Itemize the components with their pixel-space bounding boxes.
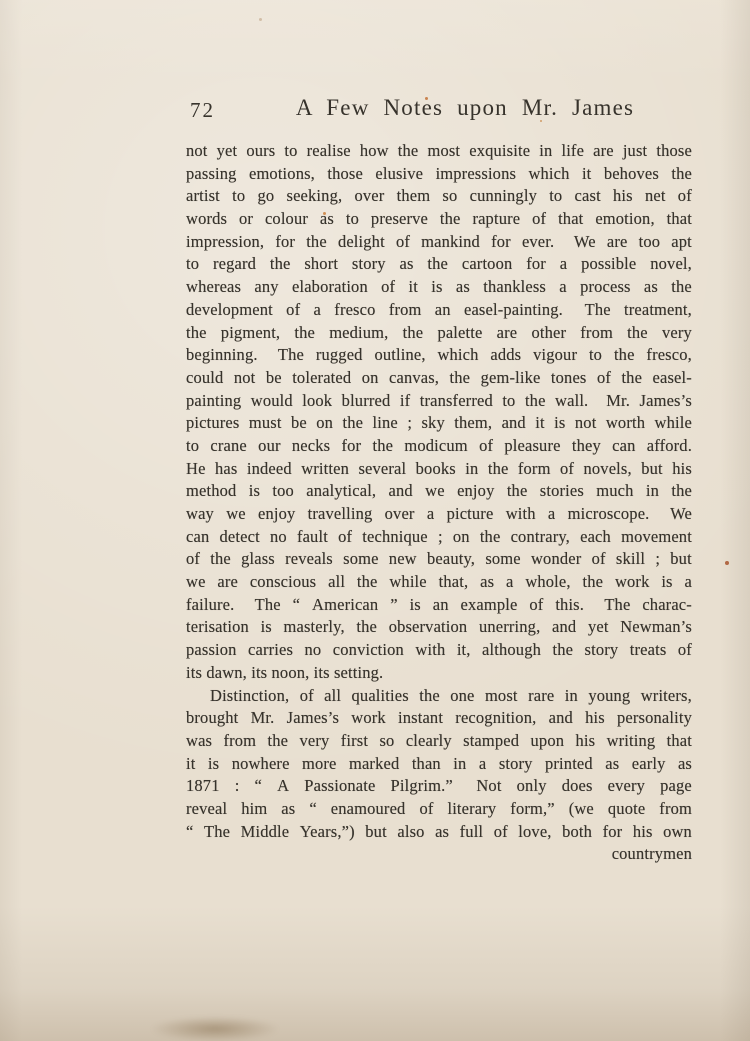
paragraph: notyetourstorealisehowthemostexquisitein…: [186, 140, 692, 685]
text-line: weareconsciousallthewhilethat,asawhole,t…: [186, 571, 692, 594]
text-line: passioncarriesnoconvictionwithit,althoug…: [186, 639, 692, 662]
text-line: itisnowheremoremarkedthaninastoryprinted…: [186, 753, 692, 776]
text-line: “TheMiddleYears,”)butalsoasfulloflove,bo…: [186, 821, 692, 844]
text-line: thepigment,themedium,thepaletteareotherf…: [186, 322, 692, 345]
paper-speck: [540, 120, 542, 122]
text-line: wasfromtheveryfirstsoclearlystampeduponh…: [186, 730, 692, 753]
text-line: toregardtheshortstoryasthecartoonforapos…: [186, 253, 692, 276]
text-line: wayweenjoytravellingoverapicturewithamic…: [186, 503, 692, 526]
running-title: A Few Notes upon Mr. James: [186, 95, 692, 121]
catchword: countrymen: [186, 843, 692, 866]
page-body: notyetourstorealisehowthemostexquisitein…: [186, 140, 692, 843]
text-line: 1871:“APassionatePilgrim.” Notonlydoesev…: [186, 775, 692, 798]
text-line: revealhimas“enamouredofliteraryform,”(we…: [186, 798, 692, 821]
text-line: whereasanyelaborationofitisasthanklessap…: [186, 276, 692, 299]
text-line: developmentofafrescofromaneasel-painting…: [186, 299, 692, 322]
book-page-scan: 72 A Few Notes upon Mr. James notyetours…: [0, 0, 750, 1041]
text-line: passingemotions,thoseelusiveimpressionsw…: [186, 163, 692, 186]
paper-speck: [259, 18, 262, 21]
text-line: picturesmustbeontheline;skythem,anditisn…: [186, 412, 692, 435]
text-line: Hehasindeedwrittenseveralbooksintheformo…: [186, 458, 692, 481]
text-line: couldnotbetoleratedoncanvas,thegem-liket…: [186, 367, 692, 390]
text-line: candetectnofaultoftechnique;onthecontrar…: [186, 526, 692, 549]
text-line: impression,forthedelightofmankindforever…: [186, 231, 692, 254]
text-line: terisationismasterly,theobservationunerr…: [186, 616, 692, 639]
text-line: paintingwouldlookblurrediftransferredtot…: [186, 390, 692, 413]
text-line: notyetourstorealisehowthemostexquisitein…: [186, 140, 692, 163]
page-header: 72 A Few Notes upon Mr. James: [186, 95, 692, 140]
text-column: 72 A Few Notes upon Mr. James notyetours…: [186, 95, 692, 866]
paper-speck: [425, 97, 428, 100]
text-line: its dawn, its noon, its setting.: [186, 662, 692, 685]
text-line: wordsorcolourastopreservetheraptureoftha…: [186, 208, 692, 231]
text-line: methodistooanalytical,andweenjoythestori…: [186, 480, 692, 503]
text-line: oftheglassrevealssomenewbeauty,somewonde…: [186, 548, 692, 571]
paragraph: Distinction,ofallqualitiestheonemostrare…: [186, 685, 692, 844]
paper-smudge: [150, 1016, 280, 1041]
text-line: tocraneournecksforthemodicumofpleasureth…: [186, 435, 692, 458]
text-line: artisttogoseeking,overthemsocunninglytoc…: [186, 185, 692, 208]
text-line: beginning. Theruggedoutline,whichaddsvig…: [186, 344, 692, 367]
text-line: Distinction,ofallqualitiestheonemostrare…: [186, 685, 692, 708]
text-line: failure. The“American”isanexampleofthis.…: [186, 594, 692, 617]
paper-speck: [323, 212, 326, 215]
paper-speck: [725, 561, 729, 565]
page-number: 72: [190, 98, 215, 123]
text-line: broughtMr.James’sworkinstantrecognition,…: [186, 707, 692, 730]
